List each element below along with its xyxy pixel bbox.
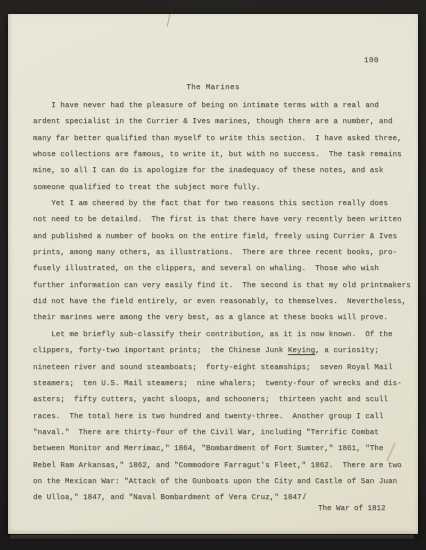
- photo-background: 100 The Marines I have never had the ple…: [0, 0, 426, 550]
- junk-line-pre: clippers, forty-two important prints; th…: [33, 347, 288, 355]
- text-line: prints, among many others, as illustrati…: [33, 249, 415, 265]
- page-number: 100: [364, 57, 379, 65]
- text-line: on the Mexican War: "Attack of the Gunbo…: [33, 478, 415, 494]
- catchline: The War of 1812: [318, 505, 386, 513]
- text-line: steamers; ten U.S. Mail steamers; nine w…: [33, 380, 415, 396]
- text-line: many far better qualified than myself to…: [33, 135, 415, 151]
- text-line: did not have the field entirely, or even…: [33, 298, 415, 314]
- page-title: The Marines: [8, 84, 418, 92]
- paper-bottom-edge: [10, 535, 414, 539]
- text-line: between Monitor and Merrimac," 1864, "Bo…: [33, 445, 415, 461]
- text-line: races. The total here is two hundred and…: [33, 413, 415, 429]
- text-line: and published a number of books on the e…: [33, 233, 415, 249]
- manuscript-page: 100 The Marines I have never had the ple…: [8, 14, 418, 534]
- text-line: Yet I am cheered by the fact that for tw…: [33, 200, 415, 216]
- text-line: Rebel Ram Arkansas," 1862, and "Commodor…: [33, 462, 415, 478]
- text-line: I have never had the pleasure of being o…: [33, 102, 415, 118]
- text-line: Let me briefly sub-classify their contri…: [33, 331, 415, 347]
- text-line: fusely illustrated, on the clippers, and…: [33, 265, 415, 281]
- typed-text: I have never had the pleasure of being o…: [33, 102, 415, 511]
- text-line: mine, so all I can do is apologize for t…: [33, 167, 415, 183]
- junk-name-underlined: Keying: [288, 347, 315, 355]
- text-line: ardent specialist in the Currier & Ives …: [33, 118, 415, 134]
- pencil-mark-top-icon: [167, 14, 171, 27]
- text-line: asters; fifty cutters, yacht sloops, and…: [33, 396, 415, 412]
- text-line-junk-keying: clippers, forty-two important prints; th…: [33, 347, 415, 363]
- text-line: not need to be detailed. The first is th…: [33, 216, 415, 232]
- text-line: further information can very easily find…: [33, 282, 415, 298]
- text-line: nineteen river and sound steamboats; for…: [33, 364, 415, 380]
- text-line: someone qualified to treat the subject m…: [33, 184, 415, 200]
- text-line: whose collections are famous, to write i…: [33, 151, 415, 167]
- text-line: "naval." There are thirty-four of the Ci…: [33, 429, 415, 445]
- junk-line-post: , a curiosity;: [315, 347, 379, 355]
- text-line: their marines were among the very best, …: [33, 314, 415, 330]
